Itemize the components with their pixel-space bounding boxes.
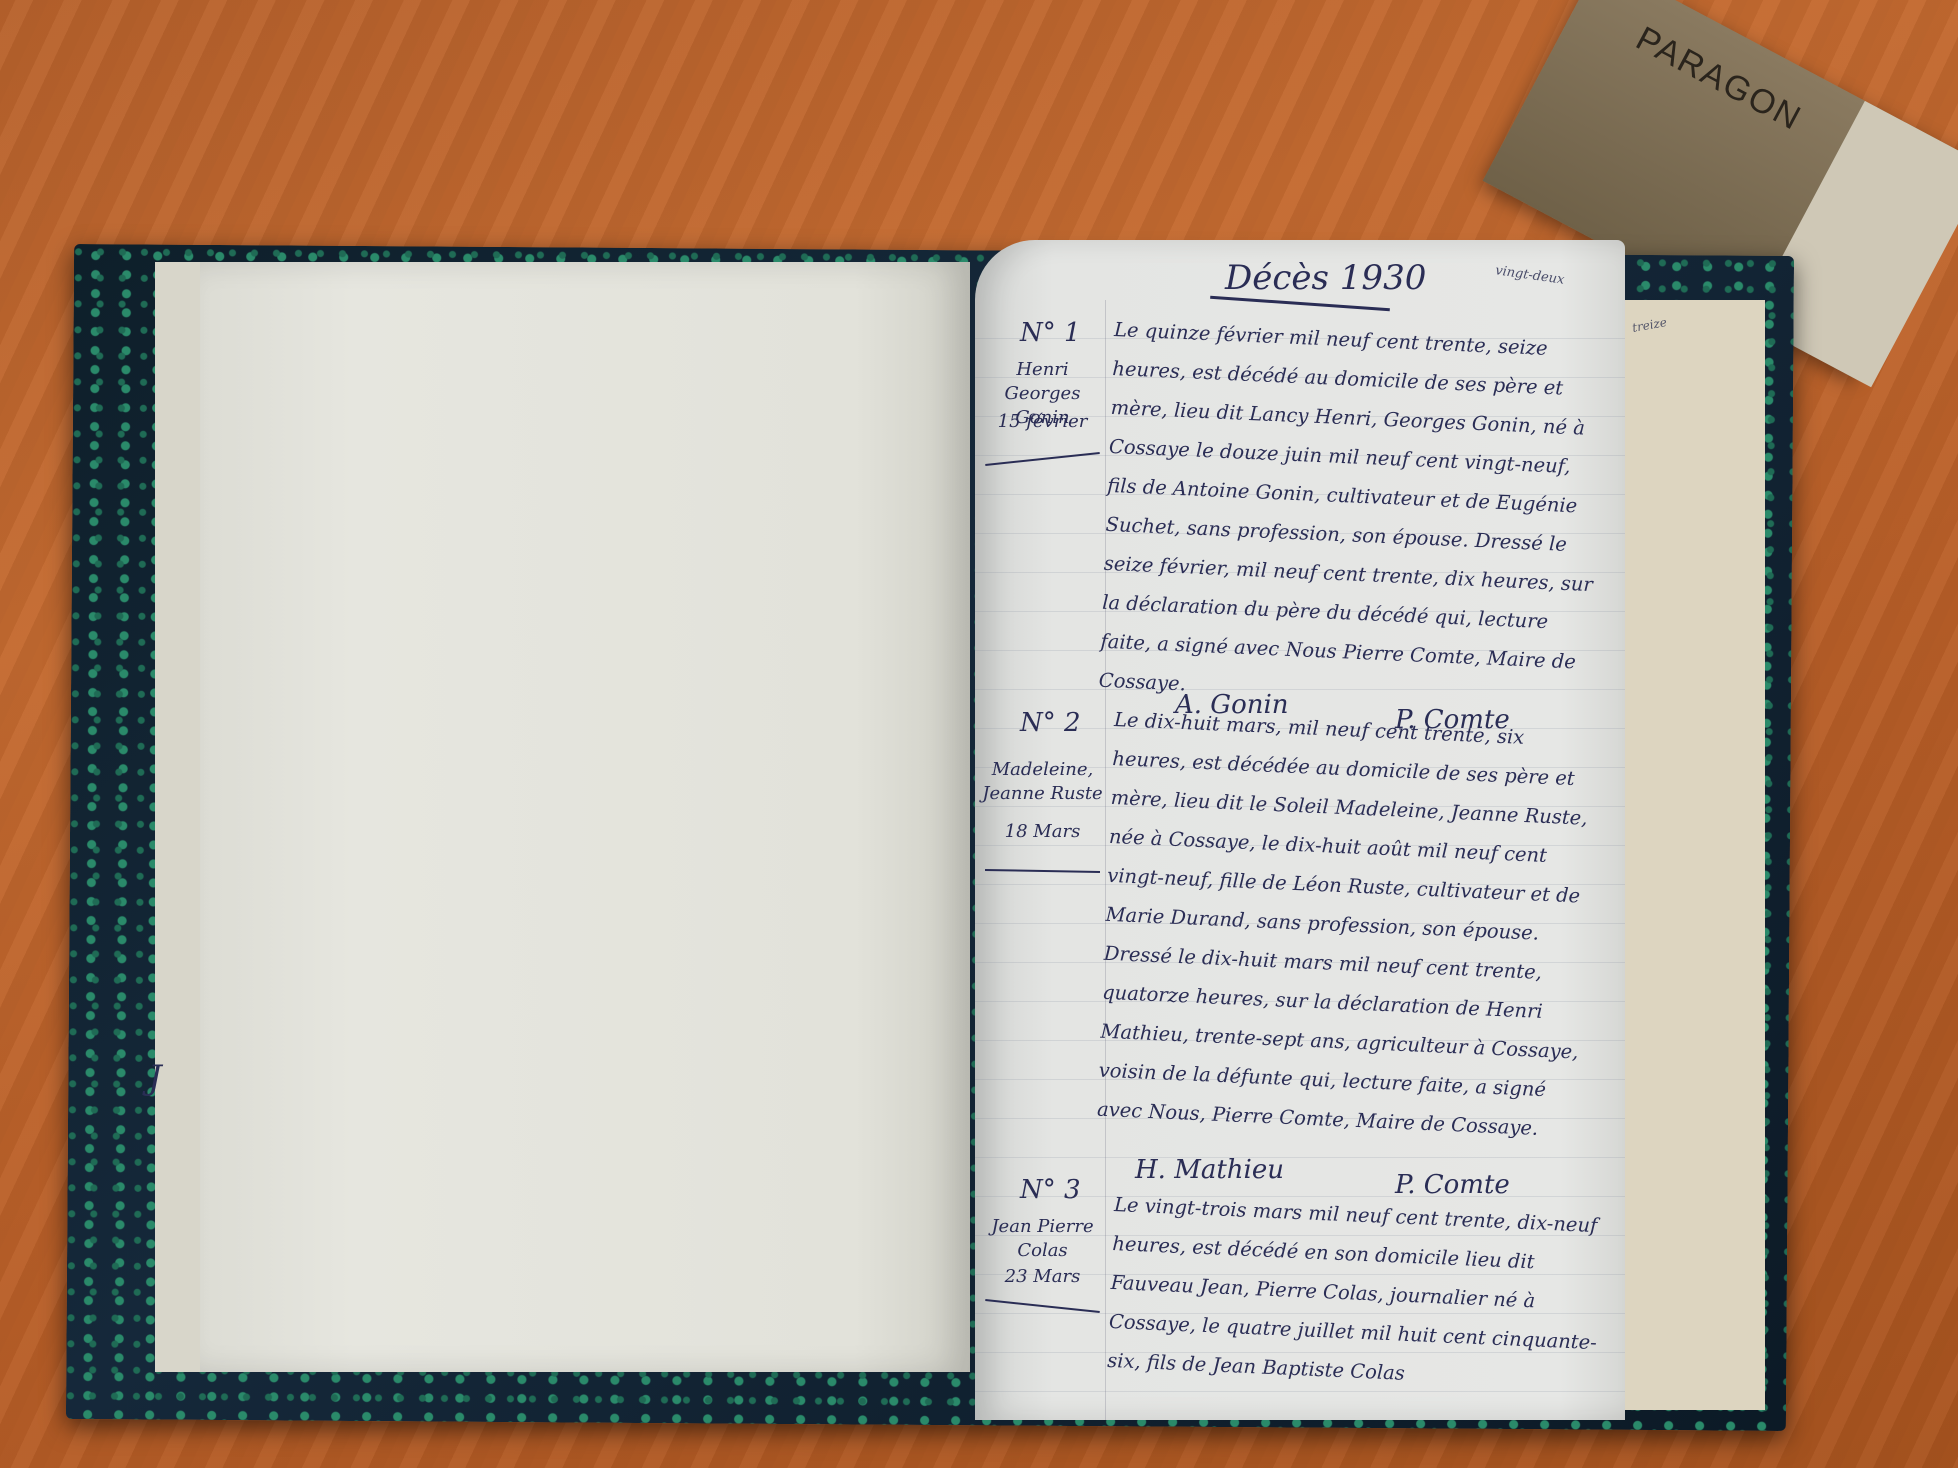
entry-number: N° 3	[1020, 1175, 1081, 1205]
page-title: Décès 1930	[1225, 258, 1426, 298]
entry-margin-date: 18 Mars	[980, 820, 1105, 844]
entry-number: N° 1	[1020, 318, 1081, 348]
margin-line	[1105, 300, 1106, 1420]
entry-number: N° 2	[1020, 708, 1081, 738]
left-page-mark: J	[148, 1058, 162, 1098]
entry-margin-name: Madeleine, Jeanne Ruste	[980, 758, 1105, 806]
entry-body: Le vingt-trois mars mil neuf cent trente…	[1106, 1185, 1604, 1401]
entry-body: Le dix-huit mars, mil neuf cent trente, …	[1096, 700, 1604, 1150]
entry-body: Le quinze février mil neuf cent trente, …	[1098, 310, 1605, 721]
entry-margin-date: 23 Mars	[980, 1265, 1105, 1289]
right-page-register: Décès 1930 vingt-deux N° 1 Henri Georges…	[975, 240, 1625, 1420]
entry-margin-name: Jean Pierre Colas	[980, 1215, 1105, 1263]
corner-note: vingt-deux	[1494, 263, 1565, 288]
right-endpaper	[1625, 300, 1765, 1410]
signature-mayor: P. Comte	[1395, 1170, 1510, 1200]
left-page-blank	[200, 262, 970, 1372]
entry-margin-date: 15 février	[980, 410, 1105, 434]
signature-declarant: H. Mathieu	[1135, 1155, 1284, 1185]
